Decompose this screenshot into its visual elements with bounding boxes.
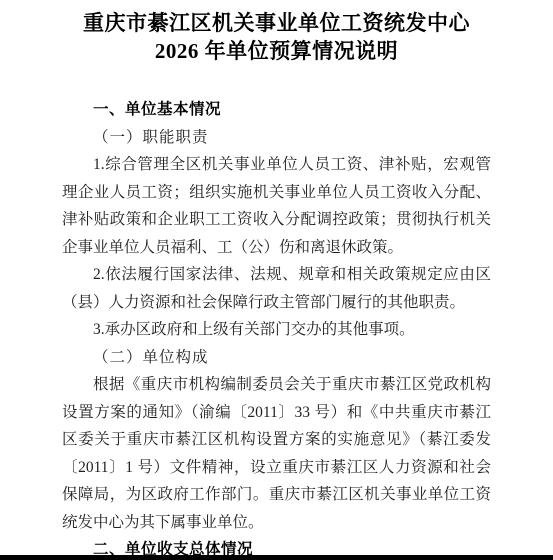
document-body: 一、单位基本情况 （一）职能职责 1.综合管理全区机关事业单位人员工资、津补贴，… — [62, 96, 491, 560]
paragraph-duty-1: 1.综合管理全区机关事业单位人员工资、津补贴，宏观管理企业人员工资；组织实施机关… — [62, 151, 491, 261]
document-title-line2: 2026 年单位预算情况说明 — [0, 37, 553, 65]
section-heading-basic-info: 一、单位基本情况 — [62, 96, 491, 124]
document-title: 重庆市綦江区机关事业单位工资统发中心 2026 年单位预算情况说明 — [0, 0, 553, 65]
paragraph-duty-2: 2.依法履行国家法律、法规、规章和相关政策规定应由区（县）人力资源和社会保障行政… — [62, 261, 491, 316]
document-title-line1: 重庆市綦江区机关事业单位工资统发中心 — [0, 9, 553, 37]
sub-heading-duties: （一）职能职责 — [62, 124, 491, 152]
bottom-edge-rule — [0, 555, 553, 560]
document-page: 重庆市綦江区机关事业单位工资统发中心 2026 年单位预算情况说明 一、单位基本… — [0, 0, 553, 560]
paragraph-composition: 根据《重庆市机构编制委员会关于重庆市綦江区党政机构设置方案的通知》（渝编〔201… — [62, 371, 491, 536]
paragraph-duty-3: 3.承办区政府和上级有关部门交办的其他事项。 — [62, 316, 491, 344]
sub-heading-composition: （二）单位构成 — [62, 344, 491, 372]
